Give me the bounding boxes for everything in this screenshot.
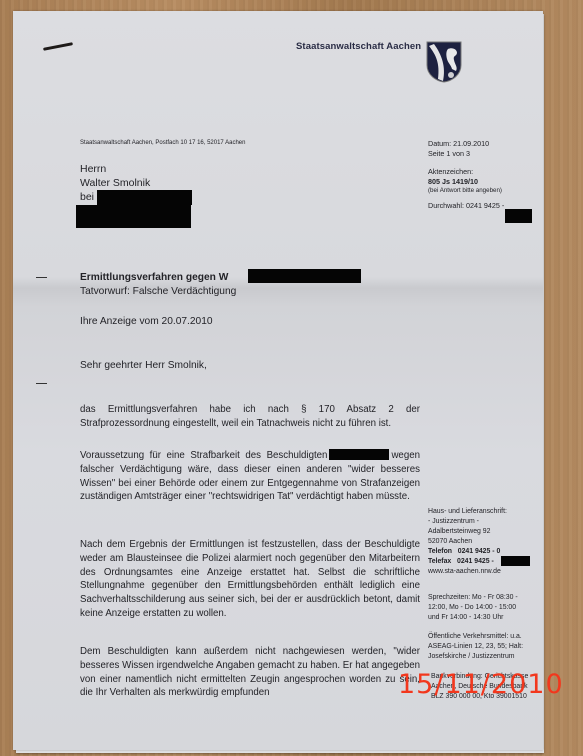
body-paragraph-4: Dem Beschuldigten kann außerdem nicht na… <box>80 645 420 700</box>
transit-line: Öffentliche Verkehrsmittel: u.a. <box>428 632 553 642</box>
redaction-bar <box>505 209 532 223</box>
hours-line: Sprechzeiten: Mo - Fr 08:30 - <box>428 593 553 603</box>
subject-block: Ermittlungsverfahren gegen W Tatvorwurf:… <box>80 271 236 299</box>
paragraph-text: Dem Beschuldigten kann außerdem nicht na… <box>80 645 420 700</box>
direct-dial: Durchwahl: 0241 9425 - <box>428 201 504 211</box>
redaction-bar <box>329 449 389 460</box>
page-count: Seite 1 von 3 <box>428 149 504 159</box>
redaction-bar <box>248 269 361 283</box>
website: www.sta-aachen.nrw.de <box>428 567 553 577</box>
photo-date-stamp: 15/11/2010 <box>398 669 564 700</box>
file-number-label: Aktenzeichen: <box>428 167 504 177</box>
punch-mark <box>36 383 47 384</box>
phone-line: Telefon 0241 9425 - 0 <box>428 547 553 557</box>
letter-page: Staatsanwaltschaft Aachen Staatsanwaltsc… <box>13 11 543 750</box>
recipient-salutation: Herrn <box>80 162 150 176</box>
salutation: Sehr geehrter Herr Smolnik, <box>80 360 207 371</box>
body-paragraph-1: das Ermittlungsverfahren habe ich nach §… <box>80 403 420 431</box>
fold-mark <box>36 277 47 278</box>
subject-charge: Tatvorwurf: Falsche Verdächtigung <box>80 285 236 299</box>
recipient-name: Walter Smolnik <box>80 176 150 190</box>
subject-title: Ermittlungsverfahren gegen W <box>80 271 236 285</box>
fax-number: 0241 9425 - <box>457 558 494 565</box>
letter-meta: Datum: 21.09.2010 Seite 1 von 3 Aktenzei… <box>428 139 504 210</box>
body-paragraph-3: Nach dem Ergebnis der Ermittlungen ist f… <box>80 538 420 621</box>
address-line: Adalbertsteinweg 92 <box>428 527 553 537</box>
phone-label: Telefon <box>428 548 452 555</box>
paragraph-text-start: Voraussetzung für eine Strafbarkeit des … <box>80 450 327 461</box>
file-number: 805 Js 1419/10 <box>428 177 504 187</box>
hours-line: 12:00, Mo - Do 14:00 - 15:00 <box>428 603 553 613</box>
complaint-reference: Ihre Anzeige vom 20.07.2010 <box>80 316 213 327</box>
address-line: - Justizzentrum - <box>428 517 553 527</box>
transit-line: Josefskirche / Justizzentrum <box>428 652 553 662</box>
return-address: Staatsanwaltschaft Aachen, Postfach 10 1… <box>80 140 245 146</box>
fax-label: Telefax <box>428 558 451 565</box>
transit-line: ASEAG-Linien 12, 23, 55; Halt: <box>428 642 553 652</box>
paragraph-text: das Ermittlungsverfahren habe ich nach §… <box>80 403 420 431</box>
redaction-bar <box>97 190 192 205</box>
sidebar-transit: Öffentliche Verkehrsmittel: u.a. ASEAG-L… <box>428 632 553 662</box>
nrw-coat-of-arms-icon <box>426 41 462 83</box>
redaction-bar <box>76 205 191 228</box>
authority-name: Staatsanwaltschaft Aachen <box>296 41 421 52</box>
address-line: 52070 Aachen <box>428 537 553 547</box>
sidebar-office-hours: Sprechzeiten: Mo - Fr 08:30 - 12:00, Mo … <box>428 593 553 623</box>
redaction-bar <box>501 556 530 566</box>
sidebar-address: Haus- und Lieferanschrift: - Justizzentr… <box>428 507 553 577</box>
pen-stroke-mark <box>43 42 73 51</box>
file-number-note: (bei Antwort bitte angeben) <box>428 186 504 196</box>
hours-line: und Fr 14:00 - 14:30 Uhr <box>428 613 553 623</box>
paragraph-text: Voraussetzung für eine Strafbarkeit des … <box>80 449 420 504</box>
phone-number: 0241 9425 - 0 <box>458 548 501 555</box>
fax-line: Telefax 0241 9425 - <box>428 557 553 567</box>
paragraph-text: Nach dem Ergebnis der Ermittlungen ist f… <box>80 538 420 621</box>
address-label: Haus- und Lieferanschrift: <box>428 507 553 517</box>
letter-date: Datum: 21.09.2010 <box>428 139 504 149</box>
body-paragraph-2: Voraussetzung für eine Strafbarkeit des … <box>80 449 420 504</box>
